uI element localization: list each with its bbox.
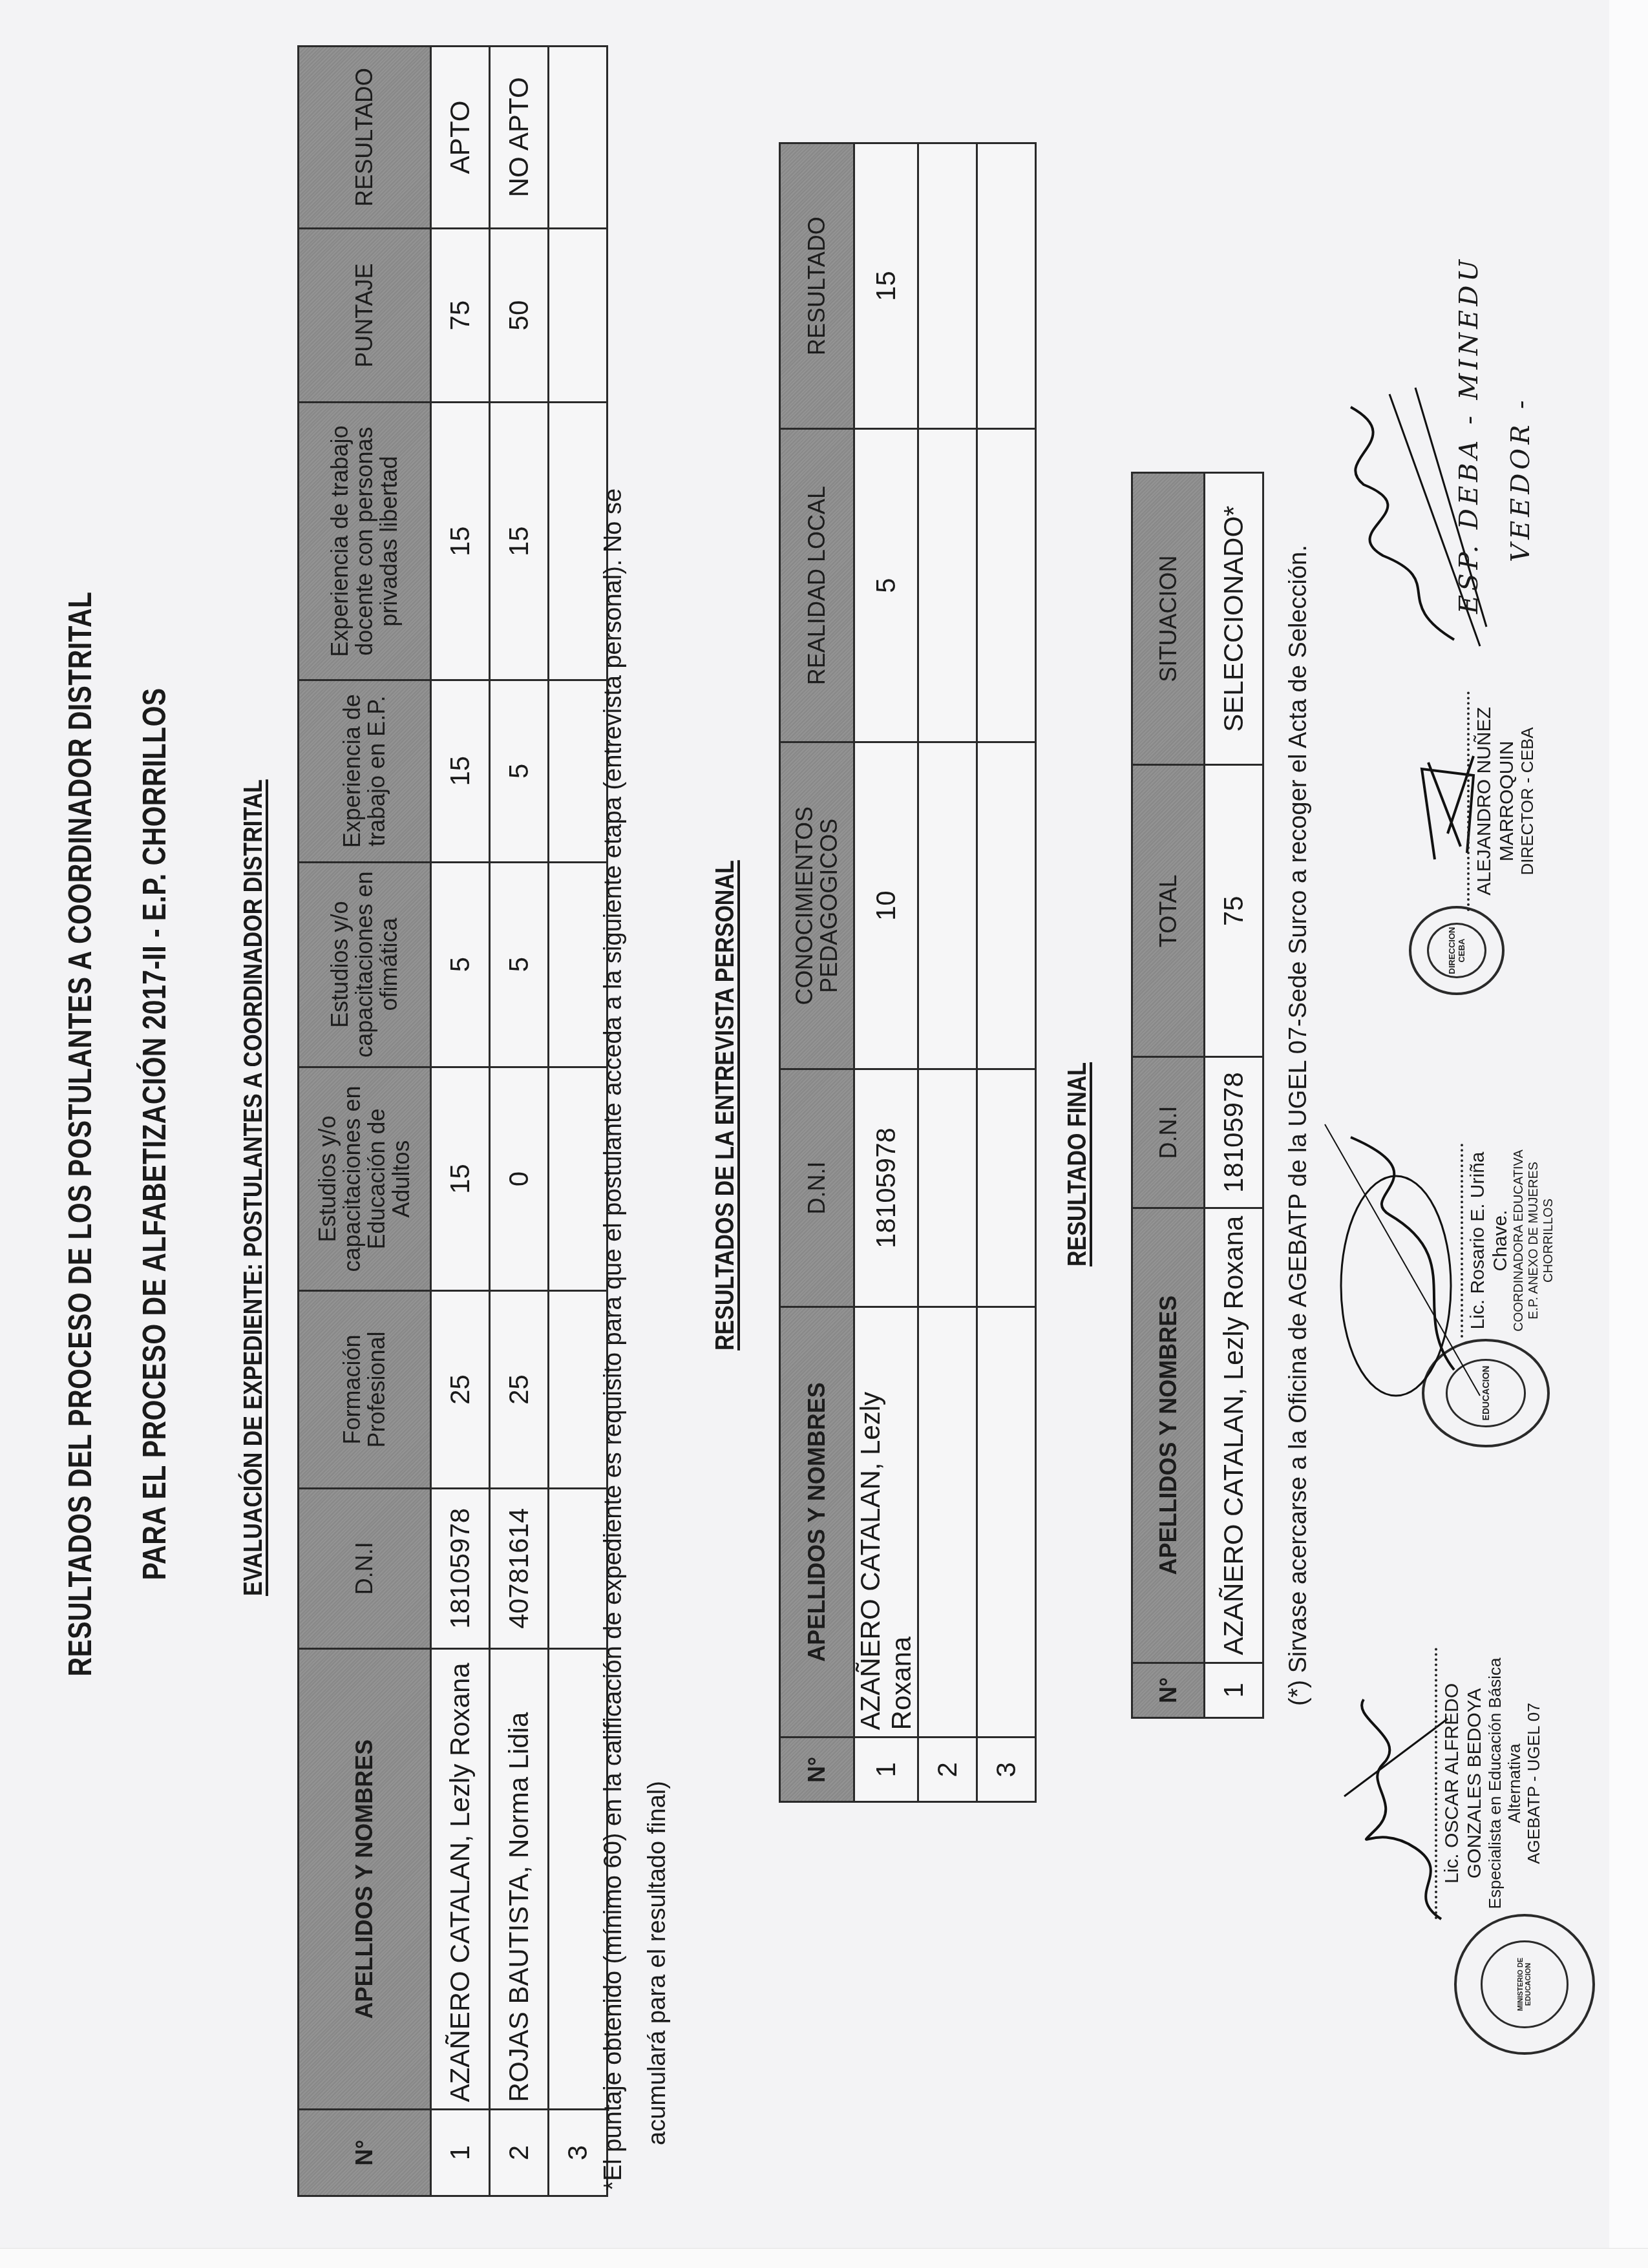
col-resultado: RESULTADO	[780, 143, 854, 429]
cell-conocimientos	[977, 742, 1036, 1069]
cell-resultado: NO APTO	[490, 47, 549, 229]
col-nombre: APELLIDOS Y NOMBRES	[299, 1648, 431, 2109]
signatory-role: COORDINADORA EDUCATIVA	[1512, 1144, 1527, 1338]
cell-conocimientos: 10	[854, 742, 918, 1069]
col-n: N°	[1132, 1663, 1205, 1717]
cell-educ-adultos: 15	[431, 1067, 490, 1291]
cell-nombre	[977, 1307, 1036, 1738]
col-nombre: APELLIDOS Y NOMBRES	[780, 1307, 854, 1738]
expediente-note: *El puntaje obtenido (mínimo 60) en la c…	[591, 187, 679, 2190]
expediente-note-line-2: acumulará para el resultado final)	[635, 187, 679, 2190]
table-row: 2	[918, 143, 977, 1802]
cell-n: 1	[1205, 1663, 1263, 1717]
col-dni: D.N.I	[1132, 1057, 1205, 1208]
col-situacion: SITUACION	[1132, 473, 1205, 765]
expediente-header-row: N° APELLIDOS Y NOMBRES D.N.I Formación P…	[299, 47, 431, 2196]
col-n: N°	[299, 2110, 431, 2196]
cell-nombre: ROJAS BAUTISTA, Norma Lidia	[490, 1648, 549, 2109]
cell-dni: 18105978	[431, 1488, 490, 1648]
signature-block-gonzales: Lic. OSCAR ALFREDO GONZALES BEDOYA Espec…	[1435, 1648, 1544, 1919]
final-table: N° APELLIDOS Y NOMBRES D.N.I TOTAL SITUA…	[1131, 472, 1264, 1719]
signatory-name: Lic. Rosario E. Uriña Chave.	[1467, 1144, 1512, 1338]
cell-resultado	[977, 143, 1036, 429]
col-exp-ep: Experiencia de trabajo en E.P.	[299, 680, 431, 862]
cell-exp-ep: 15	[431, 680, 490, 862]
expediente-section-title: EVALUACIÓN DE EXPEDIENTE: POSTULANTES A …	[239, 779, 268, 1596]
signature-block-rosario: Lic. Rosario E. Uriña Chave. COORDINADOR…	[1461, 1144, 1556, 1338]
signatory-office: AGEBATP - UGEL 07	[1525, 1648, 1544, 1919]
col-educ-adultos: Estudios y/o capacitaciones en Educación…	[299, 1067, 431, 1291]
cell-dni: 18105978	[1205, 1057, 1263, 1208]
cell-n: 2	[918, 1738, 977, 1802]
cell-resultado	[918, 143, 977, 429]
cell-dni	[977, 1069, 1036, 1307]
document-sheet: RESULTADOS DEL PROCESO DE LOS POSTULANTE…	[0, 0, 1648, 2268]
entrevista-table: N° APELLIDOS Y NOMBRES D.N.I CONOCIMIENT…	[779, 142, 1037, 1803]
cell-puntaje: 75	[431, 228, 490, 403]
cell-realidad	[918, 429, 977, 742]
expediente-table: N° APELLIDOS Y NOMBRES D.N.I Formación P…	[297, 45, 608, 2197]
cell-n: 1	[431, 2110, 490, 2196]
signature-block-director: ALEJANDRO NUÑEZ MARROQUIN DIRECTOR - CEB…	[1467, 691, 1537, 911]
document-title-line-2: PARA EL PROCESO DE ALFABETIZACIÓN 2017-I…	[136, 204, 173, 2064]
signatory-name: Lic. OSCAR ALFREDO GONZALES BEDOYA	[1441, 1648, 1486, 1919]
cell-dni: 40781614	[490, 1488, 549, 1648]
signature-line	[1435, 1648, 1437, 1919]
cell-nombre: AZAÑERO CATALAN, Lezly Roxana	[1205, 1208, 1263, 1663]
stamp-text: MINISTERIO DE EDUCACION	[1517, 1942, 1532, 2026]
signature-line	[1467, 691, 1470, 911]
cell-conocimientos	[918, 742, 977, 1069]
cell-n: 3	[977, 1738, 1036, 1802]
col-dni: D.N.I	[780, 1069, 854, 1307]
table-row: 2 ROJAS BAUTISTA, Norma Lidia 40781614 2…	[490, 47, 549, 2196]
cell-dni: 18105978	[854, 1069, 918, 1307]
cell-realidad	[977, 429, 1036, 742]
signatory-role: Especialista en Educación Básica Alterna…	[1486, 1648, 1525, 1919]
stamp-emblem: DIRECCION CEBA	[1427, 923, 1487, 979]
minedu-ugel07-stamp: DIRECCION CEBA	[1409, 906, 1505, 995]
cell-situacion: SELECCIONADO*	[1205, 473, 1263, 765]
col-dni: D.N.I	[299, 1488, 431, 1648]
cell-n: 1	[854, 1738, 918, 1802]
col-n: N°	[780, 1738, 854, 1802]
table-row: 1 AZAÑERO CATALAN, Lezly Roxana 18105978…	[431, 47, 490, 2196]
signatory-role: DIRECTOR - CEBA	[1518, 691, 1537, 911]
cell-exp-docente: 15	[490, 403, 549, 680]
cell-nombre: AZAÑERO CATALAN, Lezly Roxana	[431, 1648, 490, 2109]
cell-n: 2	[490, 2110, 549, 2196]
signatory-office: E.P. ANEXO DE MUJERES CHORRILLOS	[1527, 1144, 1556, 1338]
cell-formacion: 25	[431, 1291, 490, 1488]
cell-resultado: 15	[854, 143, 918, 429]
col-conocimientos: CONOCIMIENTOS PEDAGOGICOS	[780, 742, 854, 1069]
final-section-title: RESULTADO FINAL	[1063, 1062, 1092, 1266]
cell-total: 75	[1205, 765, 1263, 1057]
stamp-emblem: MINISTERIO DE EDUCACION	[1481, 1940, 1569, 2028]
cell-dni	[918, 1069, 977, 1307]
signatory-name: ALEJANDRO NUÑEZ MARROQUIN	[1474, 691, 1518, 911]
table-row: 1 AZAÑERO CATALAN, Lezly Roxana 18105978…	[854, 143, 918, 1802]
document-title-line-1: RESULTADOS DEL PROCESO DE LOS POSTULANTE…	[61, 204, 99, 2064]
table-row: 1 AZAÑERO CATALAN, Lezly Roxana 18105978…	[1205, 473, 1263, 1718]
col-nombre: APELLIDOS Y NOMBRES	[1132, 1208, 1205, 1663]
entrevista-section-title: RESULTADOS DE LA ENTREVISTA PERSONAL	[711, 860, 740, 1350]
cell-nombre	[918, 1307, 977, 1738]
cell-resultado: APTO	[431, 47, 490, 229]
entrevista-header-row: N° APELLIDOS Y NOMBRES D.N.I CONOCIMIENT…	[780, 143, 854, 1802]
cell-educ-adultos: 0	[490, 1067, 549, 1291]
cell-ofimatica: 5	[431, 862, 490, 1067]
cell-realidad: 5	[854, 429, 918, 742]
veedor-handwritten-line-2: VEEDOR -	[1506, 397, 1536, 563]
col-total: TOTAL	[1132, 765, 1205, 1057]
cell-formacion: 25	[490, 1291, 549, 1488]
stamp-text: DIRECCION CEBA	[1447, 925, 1466, 977]
veedor-handwritten-line-1: ESP. DEBA - MINEDU	[1454, 256, 1484, 614]
ministerio-educacion-stamp: MINISTERIO DE EDUCACION	[1454, 1914, 1595, 2055]
cell-puntaje: 50	[490, 228, 549, 403]
col-realidad: REALIDAD LOCAL	[780, 429, 854, 742]
col-exp-docente: Experiencia de trabajo docente con perso…	[299, 403, 431, 680]
cell-ofimatica: 5	[490, 862, 549, 1067]
col-ofimatica: Estudios y/o capacitaciones en ofimática	[299, 862, 431, 1067]
final-header-row: N° APELLIDOS Y NOMBRES D.N.I TOTAL SITUA…	[1132, 473, 1205, 1718]
col-formacion: Formación Profesional	[299, 1291, 431, 1488]
col-resultado: RESULTADO	[299, 47, 431, 229]
expediente-note-line-1: *El puntaje obtenido (mínimo 60) en la c…	[591, 187, 635, 2190]
table-row: 3	[977, 143, 1036, 1802]
cell-exp-docente: 15	[431, 403, 490, 680]
signature-line	[1461, 1144, 1463, 1338]
col-puntaje: PUNTAJE	[299, 228, 431, 403]
cell-exp-ep: 5	[490, 680, 549, 862]
cell-nombre: AZAÑERO CATALAN, Lezly Roxana	[854, 1307, 918, 1738]
